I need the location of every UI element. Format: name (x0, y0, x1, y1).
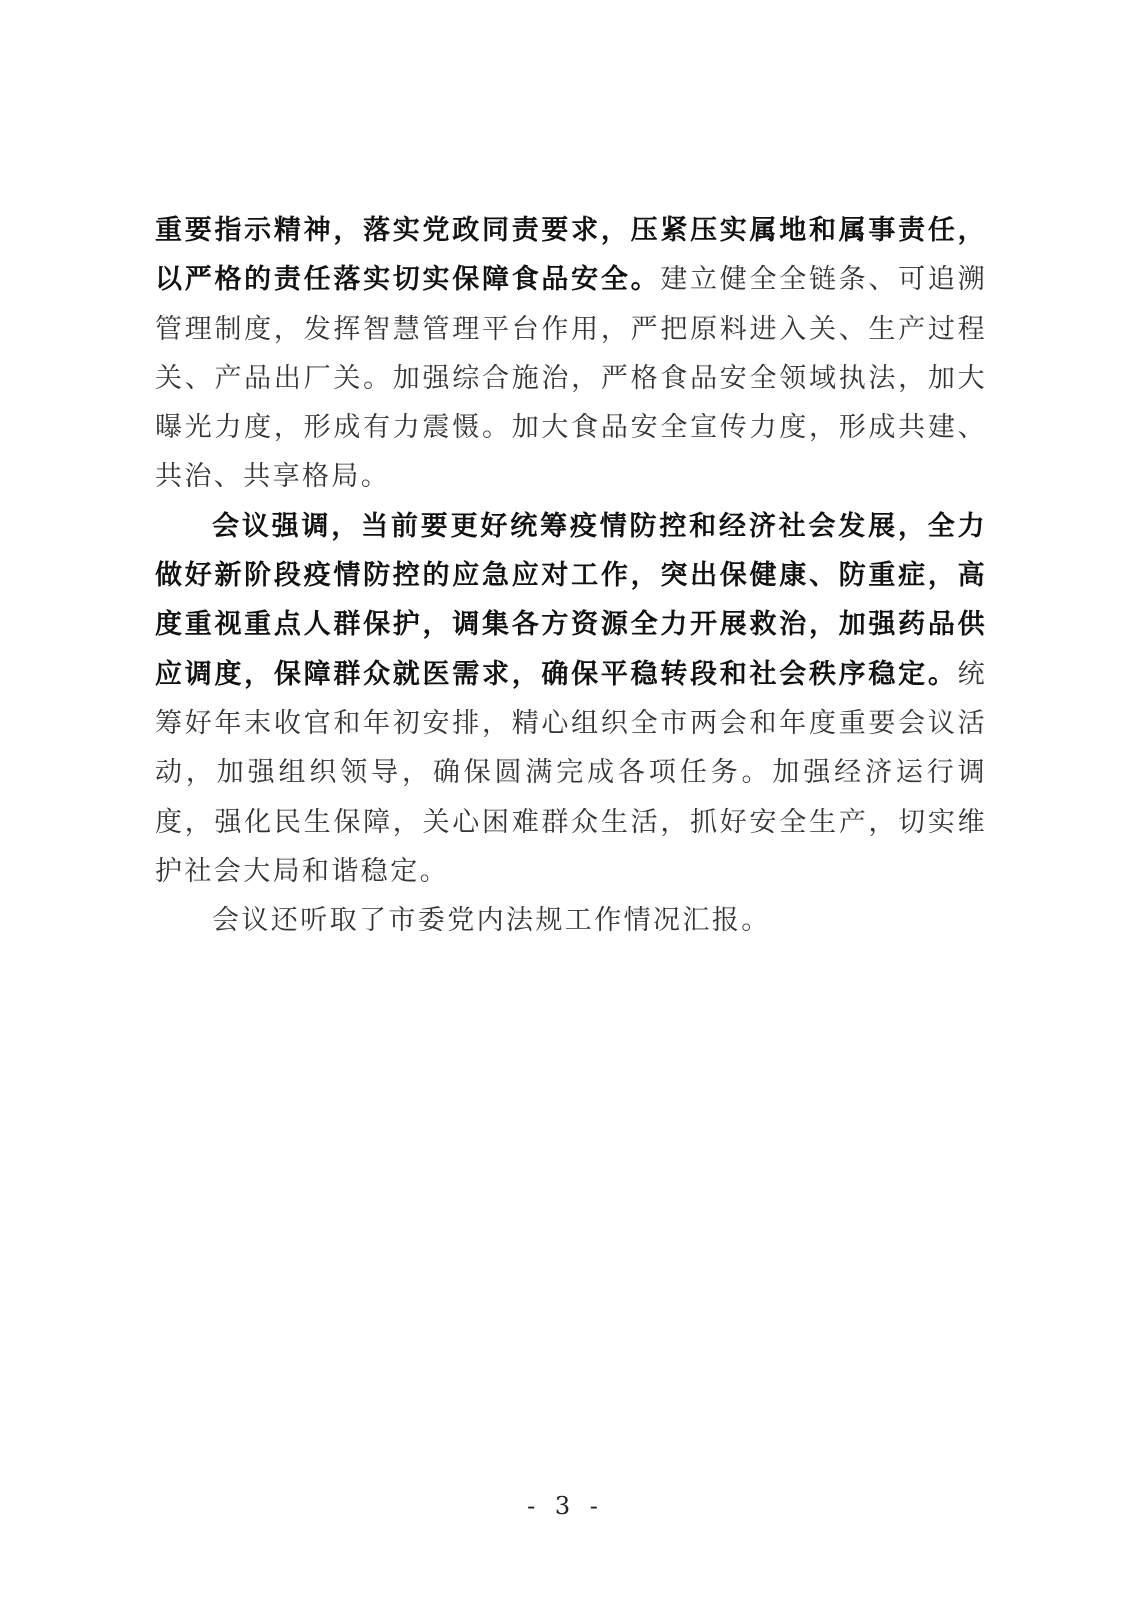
paragraph-food-safety: 重要指示精神，落实党政同责要求，压紧压实属地和属事责任，以严格的责任落实切实保障… (155, 206, 987, 502)
paragraph-normal-text: 统筹好年末收官和年初安排，精心组织全市两会和年度重要会议活动，加强组织领导，确保… (155, 659, 987, 887)
document-page-body: 重要指示精神，落实党政同责要求，压紧压实属地和属事责任，以严格的责任落实切实保障… (155, 206, 987, 945)
page-number: - 3 - (0, 1492, 1131, 1520)
paragraph-epidemic-control: 会议强调，当前要更好统筹疫情防控和经济社会发展，全力做好新阶段疫情防控的应急应对… (155, 502, 987, 896)
paragraph-regulations-report: 会议还听取了市委党内法规工作情况汇报。 (155, 896, 987, 945)
paragraph-normal-text: 建立健全全链条、可追溯管理制度，发挥智慧管理平台作用，严把原料进入关、生产过程关… (155, 264, 987, 492)
paragraph-bold-text: 会议强调，当前要更好统筹疫情防控和经济社会发展，全力做好新阶段疫情防控的应急应对… (155, 511, 987, 690)
paragraph-normal-text: 会议还听取了市委党内法规工作情况汇报。 (212, 905, 771, 936)
